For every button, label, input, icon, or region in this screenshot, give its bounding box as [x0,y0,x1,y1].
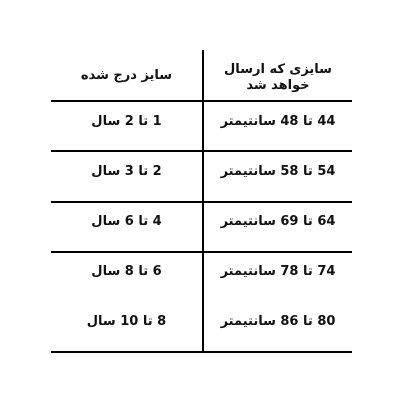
table-cell-shipped-size: 64 تا 69 سانتیمتر [204,214,352,230]
table-cell-shipped-size: 54 تا 58 سانتیمتر [204,164,352,180]
table-cell-listed-size: 4 تا 6 سال [51,214,202,230]
table-cell-listed-size: 2 تا 3 سال [51,164,202,180]
table-cell-listed-size: 6 تا 8 سال [51,264,202,280]
table-cell-shipped-size: 80 تا 86 سانتیمتر [204,314,352,330]
table-cell-listed-size: 1 تا 2 سال [51,114,202,130]
table-cell-shipped-size: 74 تا 78 سانتیمتر [204,264,352,280]
row-divider [51,251,352,253]
row-divider [51,150,352,152]
table-cell-listed-size: 8 تا 10 سال [51,314,202,330]
header-listed-size: سایز درج شده [51,68,202,84]
table-cell-shipped-size: 44 تا 48 سانتیمتر [204,114,352,130]
row-divider [51,351,352,353]
header-shipped-size: سایزی که ارسال خواهد شد [204,62,352,94]
row-divider [51,100,352,102]
row-divider [51,201,352,203]
